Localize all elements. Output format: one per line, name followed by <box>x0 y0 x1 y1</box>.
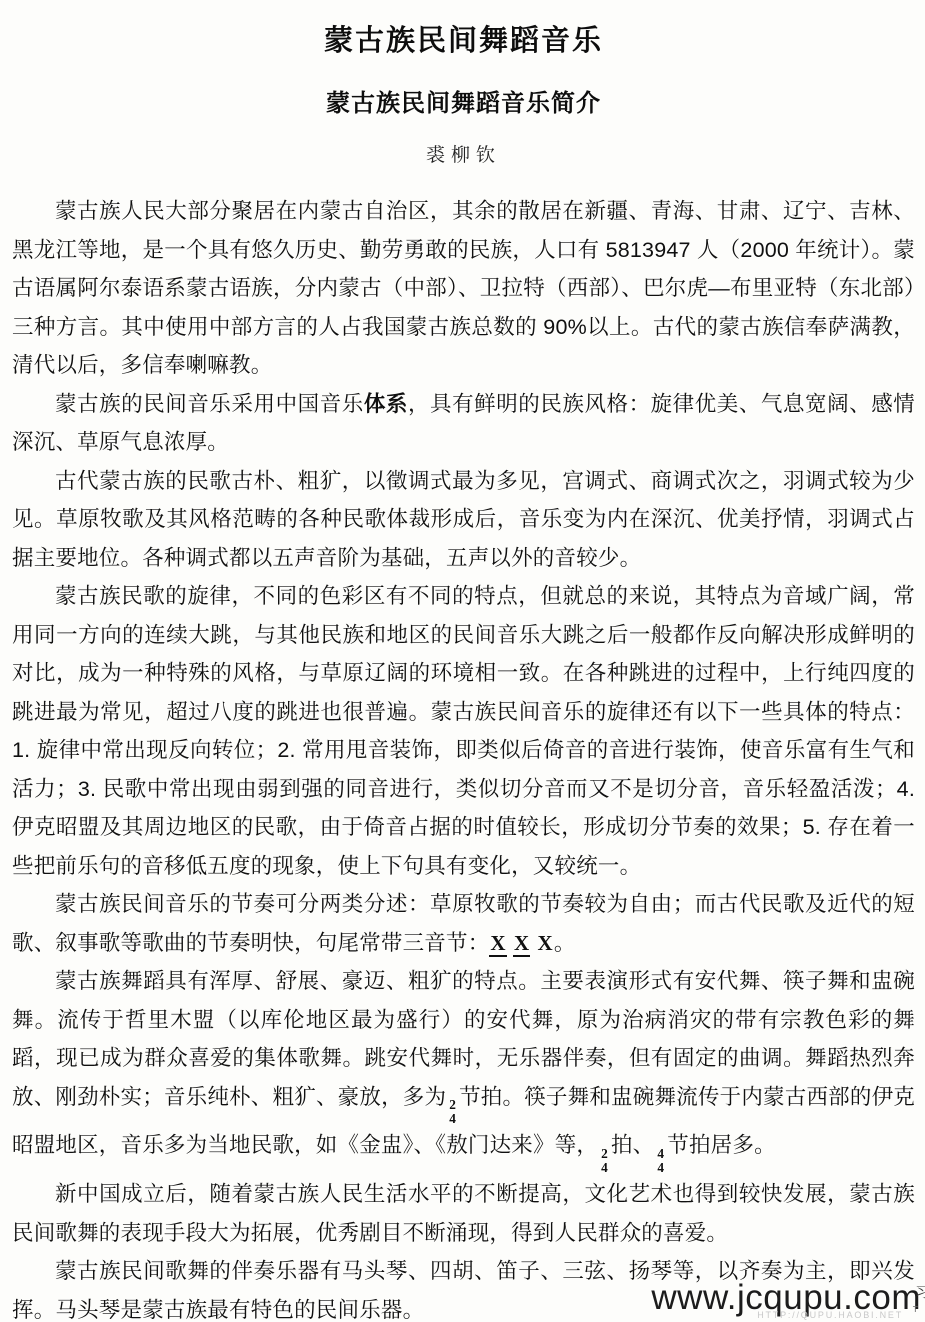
rhythm-notation: X <box>537 931 554 955</box>
emphasized-text: 体系 <box>364 392 408 416</box>
paragraph: 古代蒙古族的民歌古朴、粗犷，以徵调式最为多见，宫调式、商调式次之，羽调式较为少见… <box>12 462 915 578</box>
article-body: 蒙古族人民大部分聚居在内蒙古自治区，其余的散居在新疆、青海、甘肃、辽宁、吉林、黑… <box>12 192 915 1322</box>
time-signature: 24 <box>601 1147 608 1175</box>
body-text: 。 <box>554 931 576 955</box>
scanned-document-page: 蒙古族民间舞蹈音乐 蒙古族民间舞蹈音乐简介 裘柳钦 蒙古族人民大部分聚居在内蒙古… <box>0 0 925 1322</box>
body-text: 拍、 <box>611 1133 654 1157</box>
author-name: 裘柳钦 <box>12 140 915 167</box>
scan-edge-tick: T <box>913 1305 918 1315</box>
paragraph: 蒙古族民歌的旋律，不同的色彩区有不同的特点，但就总的来说，其特点为音域广阔，常用… <box>12 577 915 885</box>
rhythm-notation-underlined: X <box>513 932 530 957</box>
paragraph: 新中国成立后，随着蒙古族人民生活水平的不断提高，文化艺术也得到较快发展，蒙古族民… <box>12 1175 915 1252</box>
rhythm-notation-underlined: X <box>489 932 506 957</box>
scan-edge-character: 习 <box>915 1281 925 1302</box>
body-text: 古代蒙古族的民歌古朴、粗犷，以徵调式最为多见，宫调式、商调式次之，羽调式较为少见… <box>12 469 915 570</box>
article-subtitle: 蒙古族民间舞蹈音乐简介 <box>12 83 915 118</box>
body-text: 节拍居多。 <box>667 1133 776 1157</box>
watermark: www.jcqupu.com HTTP://QUPU.HAOBI.NET <box>651 1280 921 1322</box>
paragraph: 蒙古族舞蹈具有浑厚、舒展、豪迈、粗犷的特点。主要表演形式有安代舞、筷子舞和盅碗舞… <box>12 962 915 1175</box>
page-title: 蒙古族民间舞蹈音乐 <box>12 18 915 59</box>
body-text: 蒙古族人民大部分聚居在内蒙古自治区，其余的散居在新疆、青海、甘肃、辽宁、吉林、黑… <box>12 199 915 377</box>
watermark-ghost-url: HTTP://QUPU.HAOBI.NET <box>757 1310 903 1320</box>
paragraph: 蒙古族民间音乐的节奏可分两类分述：草原牧歌的节奏较为自由；而古代民歌及近代的短歌… <box>12 885 915 962</box>
body-text: 蒙古族民间音乐的节奏可分两类分述：草原牧歌的节奏较为自由；而古代民歌及近代的短歌… <box>12 892 915 955</box>
body-text: 新中国成立后，随着蒙古族人民生活水平的不断提高，文化艺术也得到较快发展，蒙古族民… <box>12 1182 915 1245</box>
paragraph: 蒙古族的民间音乐采用中国音乐体系，具有鲜明的民族风格：旋律优美、气息宽阔、感情深… <box>12 385 915 462</box>
time-signature: 24 <box>449 1098 456 1126</box>
body-text: 蒙古族的民间音乐采用中国音乐 <box>55 392 364 416</box>
time-signature: 44 <box>657 1147 664 1175</box>
body-text <box>530 931 536 955</box>
body-text: 蒙古族民歌的旋律，不同的色彩区有不同的特点，但就总的来说，其特点为音域广阔，常用… <box>12 584 915 878</box>
paragraph: 蒙古族人民大部分聚居在内蒙古自治区，其余的散居在新疆、青海、甘肃、辽宁、吉林、黑… <box>12 192 915 385</box>
